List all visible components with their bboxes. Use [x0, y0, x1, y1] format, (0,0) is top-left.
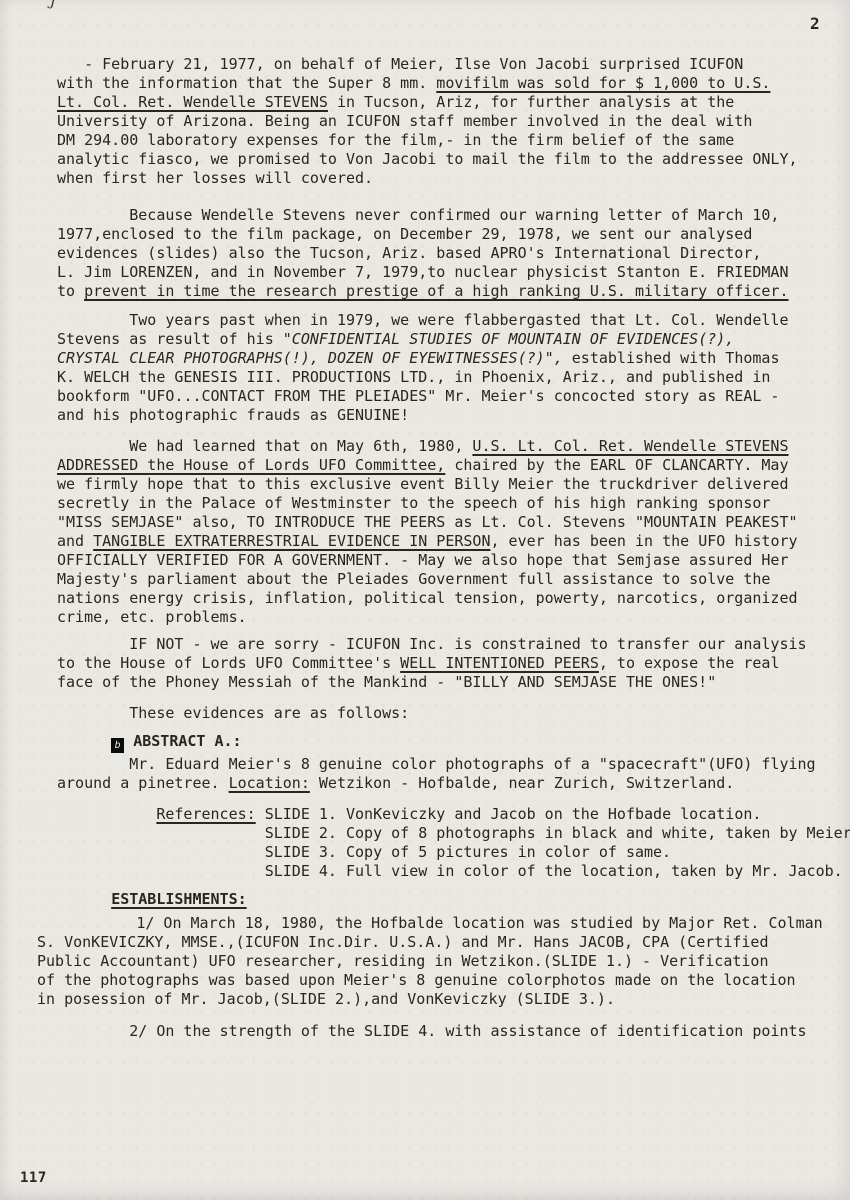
text-line: 1977,enclosed to the film package, on De…	[57, 225, 850, 244]
text-line: around a pinetree. Location: Wetzikon - …	[57, 774, 850, 793]
text-line: Majesty's parliament about the Pleiades …	[57, 570, 850, 589]
text-line: in posession of Mr. Jacob,(SLIDE 2.),and…	[37, 990, 850, 1009]
text-line: face of the Phoney Messiah of the Mankin…	[57, 673, 850, 692]
footer-page-number: 117	[20, 1170, 47, 1186]
text-segment: in posession of Mr. Jacob,(SLIDE 2.),and…	[37, 990, 615, 1008]
text-segment: - February 21, 1977, on behalf of Meier,…	[57, 55, 743, 73]
document-page: J 2 - February 21, 1977, on behalf of Me…	[0, 0, 850, 1200]
text-segment: These evidences are as follows:	[57, 704, 409, 722]
text-segment: SLIDE 2. Copy of 8 photographs in black …	[57, 824, 850, 842]
text-line: References: SLIDE 1. VonKeviczky and Jac…	[57, 805, 850, 824]
text-segment: SLIDE 3. Copy of 5 pictures in color of …	[57, 843, 671, 861]
text-line: SLIDE 2. Copy of 8 photographs in black …	[57, 824, 850, 843]
text-segment: around a pinetree.	[57, 774, 229, 792]
paragraph-p11: 1/ On March 18, 1980, the Hofbalde locat…	[37, 914, 850, 1009]
text-segment: We had learned that on May 6th, 1980,	[57, 437, 472, 455]
text-segment: Lt. Col. Ret. Wendelle STEVENS	[57, 93, 328, 111]
text-segment: and his photographic frauds as GENUINE!	[57, 406, 409, 424]
text-line: of the photographs was based upon Meier'…	[37, 971, 850, 990]
text-segment: SLIDE 4. Full view in color of the locat…	[57, 862, 843, 880]
text-segment: WELL INTENTIONED PEERS	[400, 654, 599, 672]
text-segment: 1/ On March 18, 1980, the Hofbalde locat…	[37, 914, 823, 932]
text-segment: , ever has been in the UFO history	[490, 532, 797, 550]
text-segment: 1977,enclosed to the film package, on De…	[57, 225, 752, 243]
paragraph-p12: 2/ On the strength of the SLIDE 4. with …	[57, 1022, 850, 1041]
paragraph-p2: Because Wendelle Stevens never confirmed…	[57, 206, 850, 301]
text-segment: References:	[156, 805, 255, 823]
text-segment: TANGIBLE EXTRATERRESTRIAL EVIDENCE IN PE…	[93, 532, 490, 550]
text-segment: ABSTRACT A.:	[124, 732, 241, 750]
text-segment: established with Thomas	[563, 349, 780, 367]
text-line: secretly in the Palace of Westminster to…	[57, 494, 850, 513]
text-segment: Location:	[229, 774, 310, 792]
text-line: CRYSTAL CLEAR PHOTOGRAPHS(!), DOZEN OF E…	[57, 349, 850, 368]
text-line: 2/ On the strength of the SLIDE 4. with …	[57, 1022, 850, 1041]
text-line: These evidences are as follows:	[57, 704, 850, 723]
text-segment: "MISS SEMJASE" also, TO INTRODUCE THE PE…	[57, 513, 798, 531]
text-line: to the House of Lords UFO Committee's WE…	[57, 654, 850, 673]
text-segment: analytic fiasco, we promised to Von Jaco…	[57, 150, 798, 168]
paragraph-p8: Mr. Eduard Meier's 8 genuine color photo…	[57, 755, 850, 793]
text-line: and TANGIBLE EXTRATERRESTRIAL EVIDENCE I…	[57, 532, 850, 551]
text-segment: Because Wendelle Stevens never confirmed…	[57, 206, 779, 224]
text-line: b ABSTRACT A.:	[57, 732, 850, 753]
text-segment: Stevens as result of his	[57, 330, 283, 348]
text-segment: prevent in time the research prestige of…	[84, 282, 788, 300]
text-line: Stevens as result of his "CONFIDENTIAL S…	[57, 330, 850, 349]
text-line: crime, etc. problems.	[57, 608, 850, 627]
text-line: DM 294.00 laboratory expenses for the fi…	[57, 131, 850, 150]
text-line: with the information that the Super 8 mm…	[57, 74, 850, 93]
text-segment: S. VonKEVICZKY, MMSE.,(ICUFON Inc.Dir. U…	[37, 933, 769, 951]
text-line: ADDRESSED the House of Lords UFO Committ…	[57, 456, 850, 475]
text-segment	[57, 732, 111, 750]
paragraph-p3: Two years past when in 1979, we were fla…	[57, 311, 850, 425]
text-segment: ADDRESSED the House of Lords UFO Committ…	[57, 456, 445, 474]
text-line: nations energy crisis, inflation, politi…	[57, 589, 850, 608]
text-segment: Wetzikon - Hofbalde, near Zurich, Switze…	[310, 774, 734, 792]
abstract-marker-icon: b	[111, 738, 124, 753]
text-segment: "CONFIDENTIAL STUDIES OF MOUNTAIN OF EVI…	[283, 330, 735, 348]
document-body: - February 21, 1977, on behalf of Meier,…	[0, 0, 850, 1041]
text-line: ESTABLISHMENTS:	[57, 890, 850, 909]
text-line: University of Arizona. Being an ICUFON s…	[57, 112, 850, 131]
text-segment: L. Jim LORENZEN, and in November 7, 1979…	[57, 263, 789, 281]
text-line: OFFICIALLY VERIFIED FOR A GOVERNMENT. - …	[57, 551, 850, 570]
text-segment: nations energy crisis, inflation, politi…	[57, 589, 798, 607]
text-line: "MISS SEMJASE" also, TO INTRODUCE THE PE…	[57, 513, 850, 532]
text-line: - February 21, 1977, on behalf of Meier,…	[57, 55, 850, 74]
text-segment: U.S. Lt. Col. Ret. Wendelle STEVENS	[472, 437, 788, 455]
text-line: We had learned that on May 6th, 1980, U.…	[57, 437, 850, 456]
text-segment: OFFICIALLY VERIFIED FOR A GOVERNMENT. - …	[57, 551, 789, 569]
text-line: to prevent in time the research prestige…	[57, 282, 850, 301]
paragraph-p6: These evidences are as follows:	[57, 704, 850, 723]
text-segment: , to expose the real	[599, 654, 780, 672]
text-segment: University of Arizona. Being an ICUFON s…	[57, 112, 752, 130]
text-segment: ESTABLISHMENTS:	[111, 890, 246, 908]
text-segment: bookform "UFO...CONTACT FROM THE PLEIADE…	[57, 387, 779, 405]
text-line: K. WELCH the GENESIS III. PRODUCTIONS LT…	[57, 368, 850, 387]
text-line: 1/ On March 18, 1980, the Hofbalde locat…	[37, 914, 850, 933]
text-segment: secretly in the Palace of Westminster to…	[57, 494, 770, 512]
paragraph-p10: ESTABLISHMENTS:	[57, 890, 850, 909]
text-segment: Public Accountant) UFO researcher, resid…	[37, 952, 769, 970]
text-line: IF NOT - we are sorry - ICUFON Inc. is c…	[57, 635, 850, 654]
text-segment: in Tucson, Ariz, for further analysis at…	[328, 93, 734, 111]
text-line: Lt. Col. Ret. Wendelle STEVENS in Tucson…	[57, 93, 850, 112]
text-line: bookform "UFO...CONTACT FROM THE PLEIADE…	[57, 387, 850, 406]
text-segment: DM 294.00 laboratory expenses for the fi…	[57, 131, 734, 149]
text-line: Mr. Eduard Meier's 8 genuine color photo…	[57, 755, 850, 774]
paragraph-p1: - February 21, 1977, on behalf of Meier,…	[57, 55, 850, 188]
text-segment: K. WELCH the GENESIS III. PRODUCTIONS LT…	[57, 368, 770, 386]
text-line: Because Wendelle Stevens never confirmed…	[57, 206, 850, 225]
text-segment: SLIDE 1. VonKeviczky and Jacob on the Ho…	[256, 805, 762, 823]
paragraph-p5: IF NOT - we are sorry - ICUFON Inc. is c…	[57, 635, 850, 692]
paragraph-p4: We had learned that on May 6th, 1980, U.…	[57, 437, 850, 627]
text-segment: with the information that the Super 8 mm…	[57, 74, 436, 92]
text-segment: Majesty's parliament about the Pleiades …	[57, 570, 770, 588]
text-segment: when first her losses will covered.	[57, 169, 373, 187]
text-segment: 2/ On the strength of the SLIDE 4. with …	[57, 1022, 807, 1040]
text-segment: IF NOT - we are sorry - ICUFON Inc. is c…	[57, 635, 807, 653]
paragraph-p7: b ABSTRACT A.:	[57, 732, 850, 753]
text-segment: and	[57, 532, 93, 550]
text-line: evidences (slides) also the Tucson, Ariz…	[57, 244, 850, 263]
text-line: L. Jim LORENZEN, and in November 7, 1979…	[57, 263, 850, 282]
text-segment: Two years past when in 1979, we were fla…	[57, 311, 789, 329]
text-line: Public Accountant) UFO researcher, resid…	[37, 952, 850, 971]
text-segment: to	[57, 282, 84, 300]
text-segment: to the House of Lords UFO Committee's	[57, 654, 400, 672]
text-segment: we firmly hope that to this exclusive ev…	[57, 475, 789, 493]
paragraph-p9: References: SLIDE 1. VonKeviczky and Jac…	[57, 805, 850, 881]
text-line: analytic fiasco, we promised to Von Jaco…	[57, 150, 850, 169]
text-segment: CRYSTAL CLEAR PHOTOGRAPHS(!), DOZEN OF E…	[57, 349, 563, 367]
text-line: we firmly hope that to this exclusive ev…	[57, 475, 850, 494]
text-line: SLIDE 3. Copy of 5 pictures in color of …	[57, 843, 850, 862]
text-segment: of the photographs was based upon Meier'…	[37, 971, 796, 989]
text-line: when first her losses will covered.	[57, 169, 850, 188]
text-segment	[57, 805, 156, 823]
text-line: and his photographic frauds as GENUINE!	[57, 406, 850, 425]
text-segment: crime, etc. problems.	[57, 608, 247, 626]
text-segment: chaired by the EARL OF CLANCARTY. May	[445, 456, 788, 474]
text-line: Two years past when in 1979, we were fla…	[57, 311, 850, 330]
text-segment: movifilm was sold for $ 1,000 to U.S.	[436, 74, 770, 92]
text-line: SLIDE 4. Full view in color of the locat…	[57, 862, 850, 881]
text-segment: face of the Phoney Messiah of the Mankin…	[57, 673, 716, 691]
text-segment: evidences (slides) also the Tucson, Ariz…	[57, 244, 761, 262]
text-line: S. VonKEVICZKY, MMSE.,(ICUFON Inc.Dir. U…	[37, 933, 850, 952]
text-segment: Mr. Eduard Meier's 8 genuine color photo…	[57, 755, 816, 773]
text-segment	[57, 890, 111, 908]
